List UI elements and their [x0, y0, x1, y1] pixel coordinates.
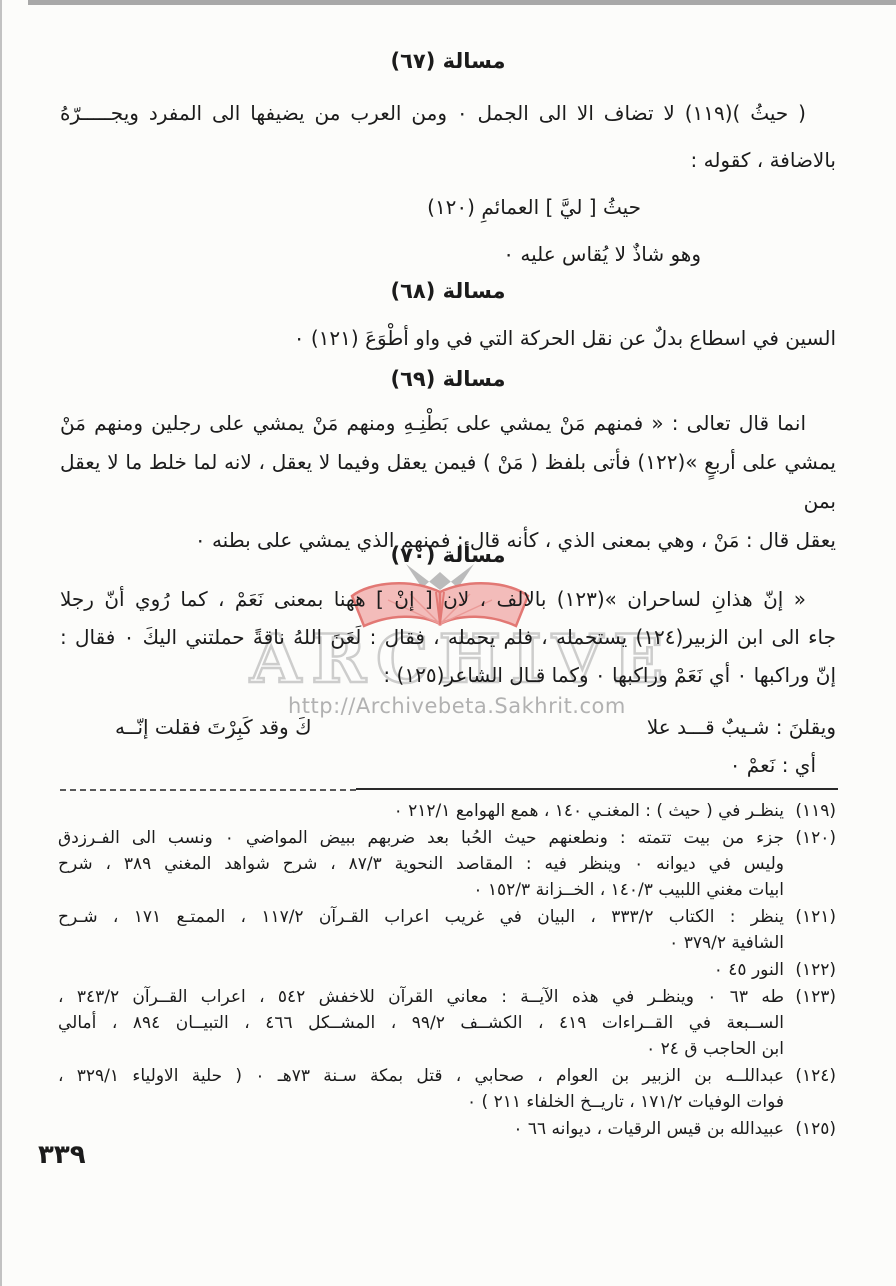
body-line: بالاضافة ، كقوله :: [60, 137, 836, 184]
body-line: وهو شاذٌ لا يُقاس عليه ٠: [60, 231, 836, 278]
footnote-line: جزء من بيت تتمته : ونطعنهم حيث الحُبا بع…: [58, 825, 784, 851]
footnote-line: ابيات مغني اللبيب ١٤٠/٣ ، الخــزانة ١٥٢/…: [58, 877, 784, 903]
footnote-line: وليس في ديوانه ٠ وينظر فيه : المقاصد الن…: [58, 851, 784, 877]
scanned-book-page: ARCHIVE http://Archivebeta.Sakhrit.com م…: [0, 0, 896, 1286]
footnote-number: (١٢٠): [784, 825, 836, 903]
poetry-line: ويقلنَ : شـيبٌ قـــد علا كَ وقد كَبِرْتَ…: [60, 710, 836, 744]
footnote-line: الشافية ٣٧٩/٢ ٠: [58, 930, 784, 956]
body-line: أي : نَعمْ ٠: [60, 750, 836, 780]
body-line: جاء الى ابن الزبير(١٢٤) يستحمله ، فلم يح…: [60, 618, 836, 656]
footnote-122: (١٢٢) النور ٤٥ ٠: [58, 957, 836, 983]
section-70: مسألة (٧٠) « إنّ هذانِ لساحران »(١٢٣) با…: [60, 540, 836, 800]
footnote-119: (١١٩) ينظـر في ( حيث ) : المغنـي ١٤٠ ، ه…: [58, 798, 836, 824]
footnote-121: (١٢١) ينظر : الكتاب ٣٣٣/٢ ، البيان في غر…: [58, 904, 836, 956]
body-line: ( حيثُ )(١١٩) لا تضاف الا الى الجمل ٠ وم…: [60, 90, 836, 137]
footnote-124: (١٢٤) عبداللــه بن الزبير بن العوام ، صح…: [58, 1063, 836, 1115]
section-67-heading: مسالة (٦٧): [60, 46, 836, 76]
footnote-123: (١٢٣) طه ٦٣ ٠ وينظـر في هذه الآيــة : مع…: [58, 984, 836, 1062]
footnote-number: (١٢٤): [784, 1063, 836, 1115]
divider-solid-segment: [356, 788, 838, 791]
verse-line: حيثُ [ ليَّ ] العمائمِ (١٢٠): [60, 184, 836, 231]
body-line: يمشي على أربعٍ »(١٢٢) فأتى بلفظ ( مَنْ )…: [60, 443, 836, 521]
section-69: مسالة (٦٩) انما قال تعالى : « فمنهم مَنْ…: [60, 364, 836, 560]
section-70-heading: مسألة (٧٠): [60, 540, 836, 570]
scan-edge-top: [28, 0, 896, 5]
footnote-line: ابن الحاجب ق ٢٤ ٠: [58, 1036, 784, 1062]
body-line: إنّ وراكبها ٠ أي نَعَمْ وراكبها ٠ وكما ق…: [60, 656, 836, 694]
footnote-line: طه ٦٣ ٠ وينظـر في هذه الآيــة : معاني ال…: [58, 984, 784, 1010]
section-68: مسالة (٦٨) السين في اسطاع بدلٌ عن نقل ال…: [60, 276, 836, 358]
verse-left-hemistich: كَ وقد كَبِرْتَ فقلت إنّــه: [115, 710, 312, 744]
footnote-line: فوات الوفيات ١٧١/٢ ، تاريــخ الخلفاء ٢١١…: [58, 1089, 784, 1115]
footnote-line: ينظـر في ( حيث ) : المغنـي ١٤٠ ، همع اله…: [58, 798, 784, 824]
divider-dashed-segment: [60, 789, 356, 791]
footnote-120: (١٢٠) جزء من بيت تتمته : ونطعنهم حيث الح…: [58, 825, 836, 903]
footnote-number: (١١٩): [784, 798, 836, 824]
footnote-line: ينظر : الكتاب ٣٣٣/٢ ، البيان في غريب اعر…: [58, 904, 784, 930]
footnote-125: (١٢٥) عبيدالله بن قيس الرقيات ، ديوانه ٦…: [58, 1116, 836, 1142]
footnote-number: (١٢١): [784, 904, 836, 956]
body-line: انما قال تعالى : « فمنهم مَنْ يمشي على ب…: [60, 404, 836, 443]
footnote-line: النور ٤٥ ٠: [58, 957, 784, 983]
footnote-line: عبيدالله بن قيس الرقيات ، ديوانه ٦٦ ٠: [58, 1116, 784, 1142]
body-line: « إنّ هذانِ لساحران »(١٢٣) بالالف ، لان …: [60, 580, 836, 618]
footnote-line: عبداللــه بن الزبير بن العوام ، صحابي ، …: [58, 1063, 784, 1089]
footnote-line: الســبعة في القــراءات ٤١٩ ، الكشــف ٩٩/…: [58, 1010, 784, 1036]
footnote-divider: [60, 788, 838, 791]
page-number: ٣٣٩: [38, 1140, 86, 1170]
verse-right-hemistich: ويقلنَ : شـيبٌ قـــد علا: [647, 710, 836, 744]
section-69-heading: مسالة (٦٩): [60, 364, 836, 394]
section-68-heading: مسالة (٦٨): [60, 276, 836, 306]
section-67: مسالة (٦٧) ( حيثُ )(١١٩) لا تضاف الا الى…: [60, 46, 836, 278]
body-line: السين في اسطاع بدلٌ عن نقل الحركة التي ف…: [60, 318, 836, 358]
scan-edge-left: [0, 0, 2, 1286]
footnote-number: (١٢٥): [784, 1116, 836, 1142]
footnote-number: (١٢٣): [784, 984, 836, 1062]
footnotes-block: (١١٩) ينظـر في ( حيث ) : المغنـي ١٤٠ ، ه…: [58, 798, 836, 1143]
footnote-number: (١٢٢): [784, 957, 836, 983]
